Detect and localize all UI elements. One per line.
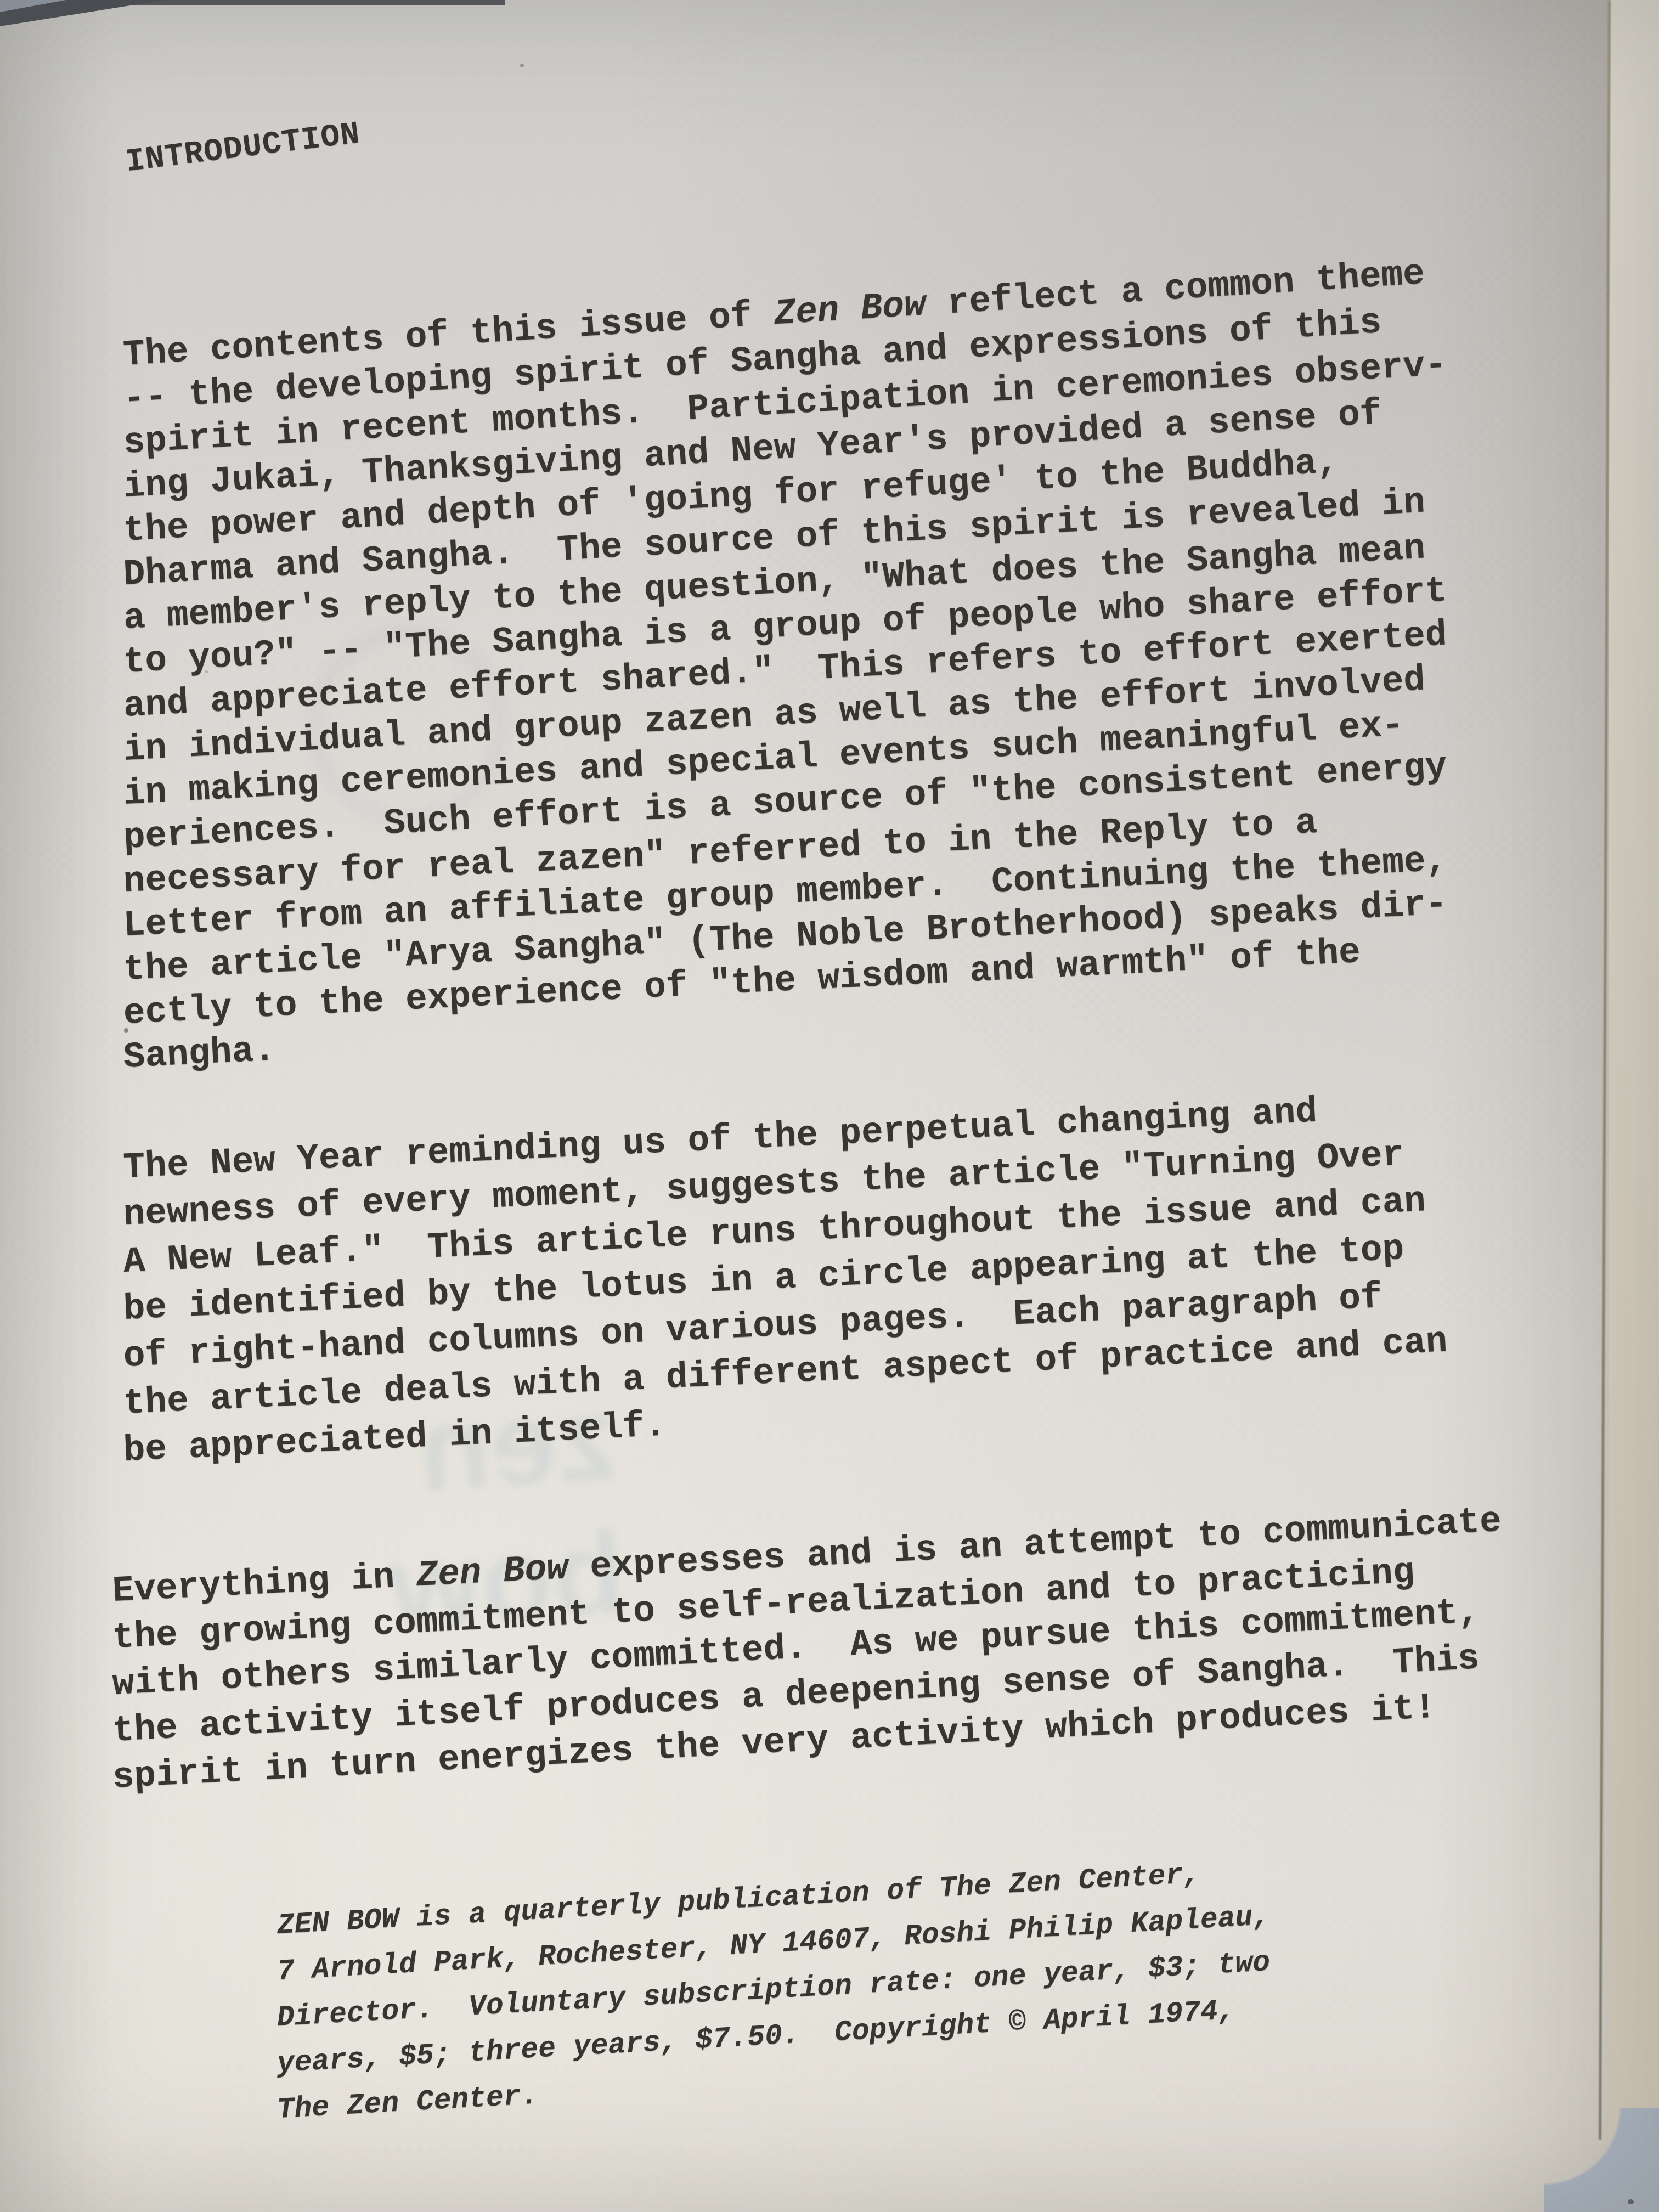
- colophon-block: ZEN BOW is a quarterly publication of Th…: [277, 1903, 1272, 2133]
- book-fore-edge-pages: [1609, 0, 1659, 2212]
- desk-surface-corner: [1544, 2108, 1659, 2212]
- dust-speck: [1628, 2199, 1634, 2204]
- italic-zen-bow-title: Zen Bow: [415, 1548, 569, 1596]
- dust-speck: [520, 64, 524, 67]
- dust-speck: [205, 670, 208, 673]
- paragraph-2: The New Year reminding us of the perpetu…: [123, 1144, 1449, 1475]
- italic-zen-bow-title: Zen Bow: [772, 284, 927, 335]
- paragraph-3: Everything in Zen Bow expresses and is a…: [112, 1568, 1503, 1801]
- dust-speck: [858, 1696, 861, 1700]
- photo-frame: zen bow INTRODUCTION The contents of thi…: [0, 0, 1659, 2212]
- page-heading: INTRODUCTION: [123, 115, 362, 182]
- paragraph-1: The contents of this issue of Zen Bow re…: [123, 334, 1449, 1080]
- ink-fleck: [124, 1028, 128, 1033]
